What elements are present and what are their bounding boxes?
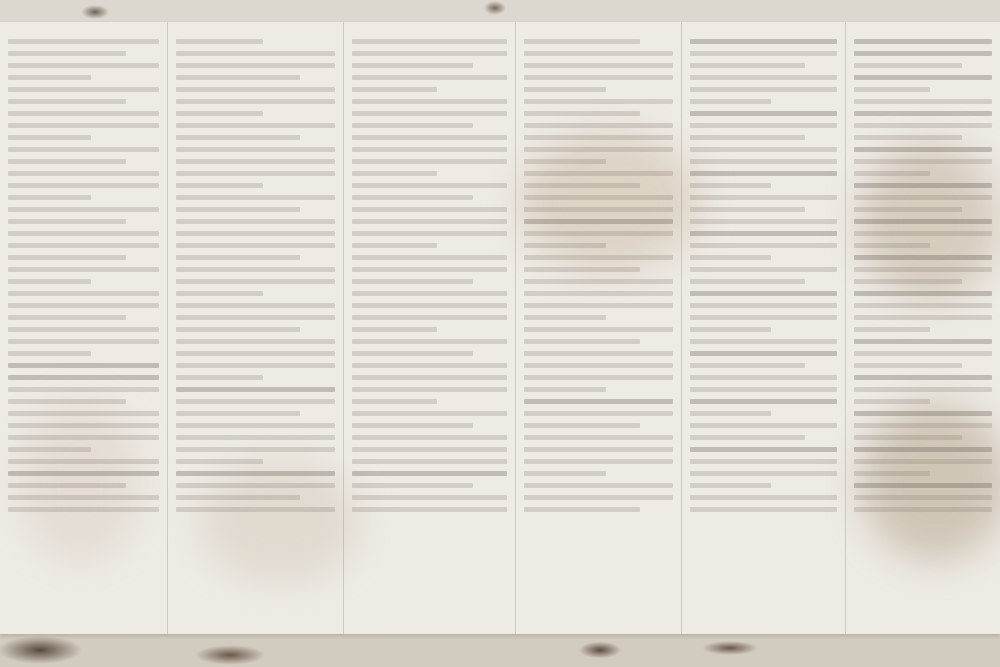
newspaper-column [516,22,682,634]
newspaper-column [682,22,846,634]
newspaper-column [846,22,1000,634]
newspaper-sheet [0,22,1000,634]
newspaper-column [168,22,344,634]
newspaper-column [0,22,168,634]
newspaper-column [344,22,516,634]
